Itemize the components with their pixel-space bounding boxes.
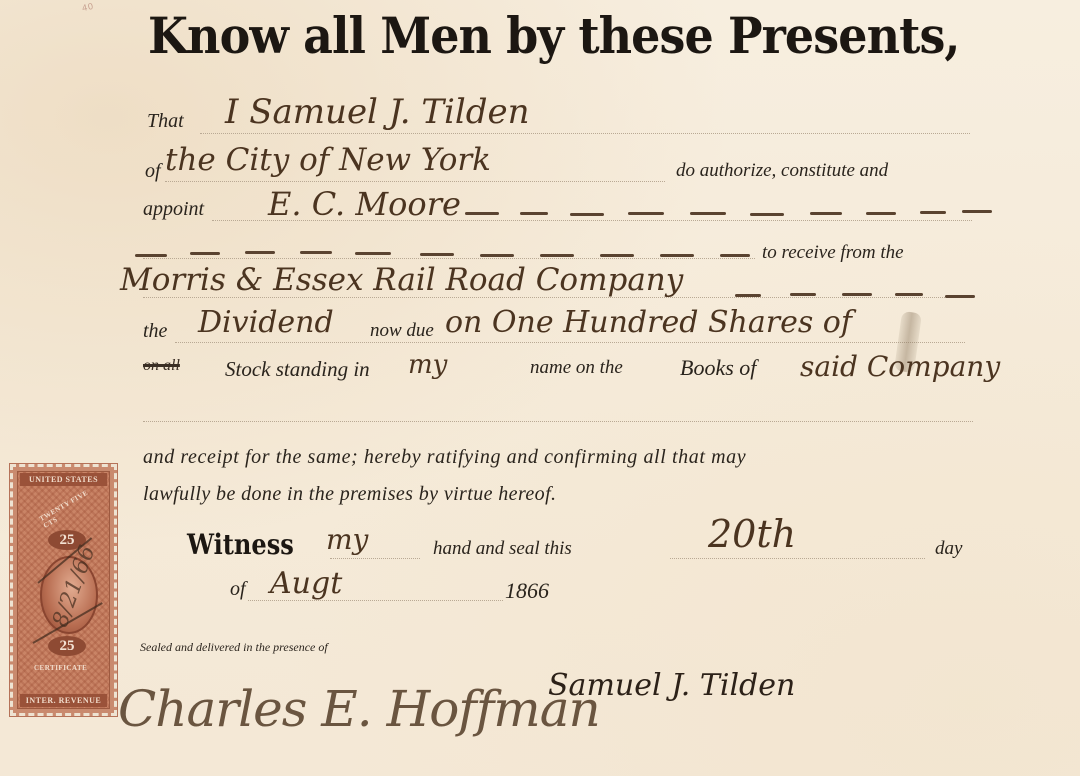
stamp-engraving: UNITED STATES TWENTY FIVE CTS 25 25 CERT…: [17, 471, 110, 709]
ink-dash: [866, 212, 896, 215]
ink-dash: [920, 211, 946, 214]
ink-dash: [465, 212, 499, 215]
printed-now-due: now due: [370, 320, 434, 342]
printed-year: 1866: [505, 578, 549, 604]
ink-dash: [735, 294, 761, 297]
stamp-arc-label: TWENTY FIVE CTS: [38, 481, 107, 530]
ink-dash: [420, 253, 454, 256]
printed-hand-and-seal: hand and seal this: [433, 538, 572, 560]
handwritten-grantor-name: I Samuel J. Tilden: [225, 92, 530, 132]
stamp-value-bottom: 25: [48, 636, 86, 656]
ink-dash: [135, 254, 167, 257]
witness-heading: Witness: [187, 528, 294, 561]
ink-dash: [355, 252, 391, 255]
ink-dash: [628, 212, 664, 215]
handwritten-city: the City of New York: [165, 142, 491, 178]
printed-of-month: of: [230, 578, 246, 601]
ink-dash: [520, 212, 548, 215]
ink-dash: [810, 212, 842, 215]
handwritten-month: Augt: [270, 566, 342, 601]
dotted-rule: [165, 181, 665, 182]
stamp-bottom-label: INTER. REVENUE: [20, 694, 107, 707]
dotted-rule: [143, 421, 973, 422]
ink-dash: [480, 254, 514, 257]
printed-of: of: [145, 160, 161, 183]
printed-day: day: [935, 538, 962, 560]
printed-the: the: [143, 320, 167, 343]
ink-dash: [190, 252, 220, 255]
struck-text: on all: [143, 357, 180, 375]
handwritten-day: 20th: [708, 512, 796, 556]
ink-dash: [842, 293, 872, 296]
dotted-rule: [175, 342, 965, 343]
dotted-rule: [200, 133, 970, 134]
handwritten-witness-my: my: [326, 523, 368, 556]
handwritten-company-name: Morris & Essex Rail Road Company: [120, 262, 683, 298]
printed-appoint: appoint: [143, 198, 204, 221]
ink-dash: [570, 213, 604, 216]
printed-paragraph-line-1: and receipt for the same; hereby ratifyi…: [143, 446, 746, 469]
printed-authorize: do authorize, constitute and: [676, 160, 888, 182]
dotted-rule: [143, 258, 755, 259]
ink-dash: [660, 254, 694, 257]
principal-signature: Samuel J. Tilden: [548, 668, 795, 703]
witness-signature: Charles E. Hoffman: [118, 680, 600, 738]
handwritten-share-count: on One Hundred Shares of: [445, 305, 852, 340]
ink-dash: [300, 251, 332, 254]
handwritten-attorney-name: E. C. Moore: [268, 185, 461, 223]
ink-dash: [790, 293, 816, 296]
ink-dash: [945, 295, 975, 298]
printed-to-receive: to receive from the: [762, 242, 904, 264]
printed-that: That: [147, 110, 184, 133]
dotted-rule: [330, 558, 420, 559]
ink-dash: [540, 254, 574, 257]
ink-dash: [690, 212, 726, 215]
ink-dash: [245, 251, 275, 254]
dotted-rule: [670, 558, 925, 559]
ink-dash: [962, 210, 992, 213]
printed-stock-standing: Stock standing in: [225, 357, 370, 382]
printed-books-of: Books of: [680, 355, 756, 381]
ink-dash: [895, 293, 923, 296]
ink-dash: [750, 213, 784, 216]
handwritten-my: my: [408, 350, 447, 380]
handwritten-dividend: Dividend: [198, 305, 334, 340]
printed-name-on-the: name on the: [530, 357, 623, 379]
stamp-certificate-label: CERTIFICATE: [34, 664, 87, 672]
ink-dash: [720, 254, 750, 257]
ink-dash: [600, 254, 634, 257]
handwritten-said-company: said Company: [800, 350, 1000, 383]
revenue-stamp: UNITED STATES TWENTY FIVE CTS 25 25 CERT…: [10, 464, 117, 716]
sealed-delivered-label: Sealed and delivered in the presence of: [140, 640, 328, 655]
document-title: Know all Men by these Presents,: [148, 6, 912, 65]
printed-paragraph-line-2: lawfully be done in the premises by virt…: [143, 483, 556, 506]
paper-edge: [0, 776, 1080, 783]
